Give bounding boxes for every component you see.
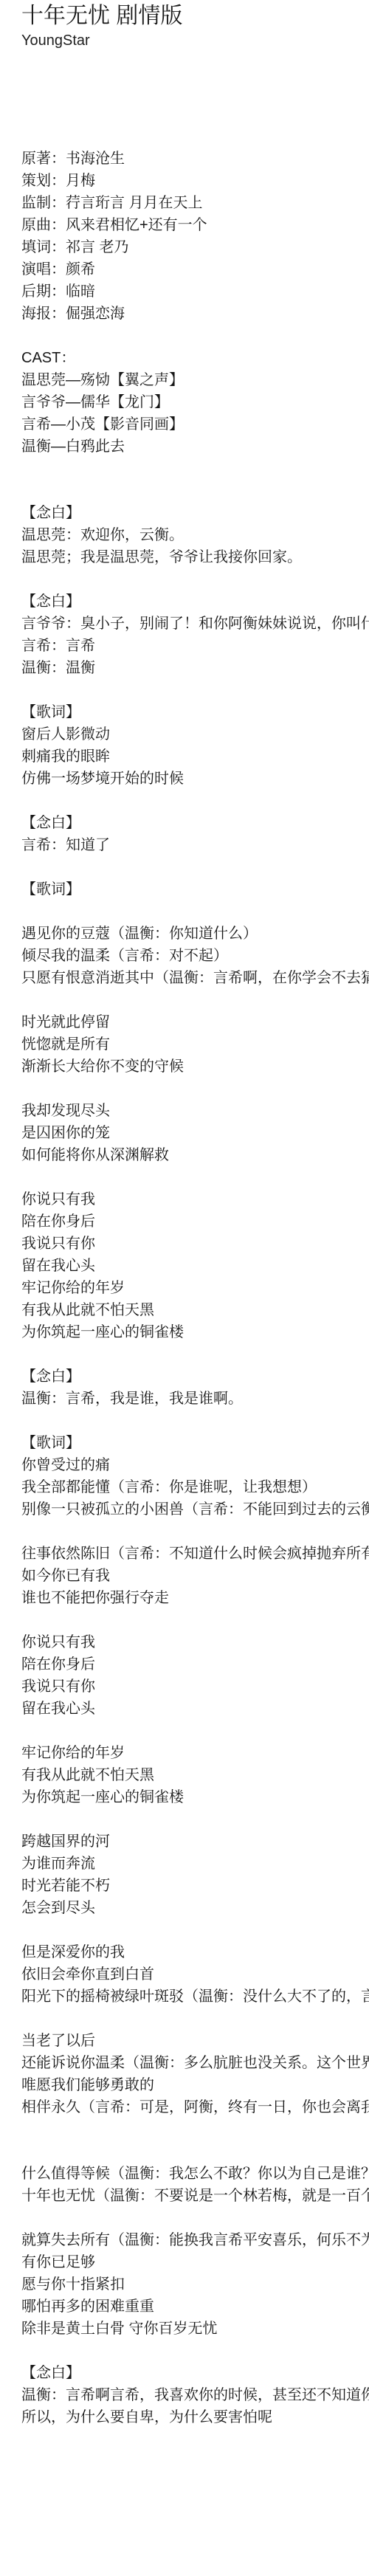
lyric-line: 监制：荇言珩言 月月在天上: [21, 192, 369, 214]
blank-line: [21, 989, 369, 1011]
blank-line: [21, 568, 369, 590]
blank-line: [21, 480, 369, 502]
lyric-line: 有我从此就不怕天黑: [21, 1764, 369, 1786]
lyric-line: 时光就此停留: [21, 1011, 369, 1033]
lyric-line: 我全部都能懂（言希：你是谁呢，让我想想）: [21, 1476, 369, 1498]
title-gap: [21, 50, 369, 148]
blank-line: [21, 900, 369, 923]
lyric-line: 温衡：温衡: [21, 657, 369, 679]
lyric-line: 唯愿我们能够勇敢的: [21, 2074, 369, 2096]
section-label: 【念白】: [21, 590, 369, 613]
artist-name: YoungStar: [21, 31, 369, 50]
lyric-line: 温衡：言希，我是谁，我是谁啊。: [21, 1388, 369, 1410]
blank-line: [21, 1166, 369, 1188]
page-content: 十年无忧 剧情版 YoungStar 原著：书海沧生策划：月梅监制：荇言珩言 月…: [0, 0, 369, 2428]
section-label: 【念白】: [21, 2362, 369, 2384]
lyric-line: 所以，为什么要自卑，为什么要害怕呢: [21, 2406, 369, 2428]
lyric-line: 当老了以后: [21, 2030, 369, 2052]
blank-line: [21, 790, 369, 812]
section-label: 【歌词】: [21, 701, 369, 723]
section-label: 【歌词】: [21, 878, 369, 900]
lyric-line: 牢记你给的年岁: [21, 1277, 369, 1299]
lyric-line: 只愿有恨意消逝其中（温衡：言希啊，在你学会不去猜: [21, 967, 369, 989]
section-label: 【念白】: [21, 812, 369, 834]
lyric-line: 温思莞；我是温思莞，爷爷让我接你回家。: [21, 546, 369, 568]
lyric-line: 依旧会牵你直到白首: [21, 1963, 369, 1986]
lyric-line: 为谁而奔流: [21, 1853, 369, 1875]
lyric-line: 如今你已有我: [21, 1565, 369, 1587]
lyric-line: 海报：倔强恋海: [21, 303, 369, 325]
lyrics-body: 原著：书海沧生策划：月梅监制：荇言珩言 月月在天上原曲：风来君相忆+还有一个填词…: [21, 148, 369, 2428]
lyric-line: 如何能将你从深渊解救: [21, 1144, 369, 1166]
lyric-line: 是囚困你的笼: [21, 1122, 369, 1144]
lyric-line: 牢记你给的年岁: [21, 1742, 369, 1764]
section-label: 【念白】: [21, 502, 369, 524]
lyric-line: 但是深爱你的我: [21, 1941, 369, 1963]
lyric-line: 为你筑起一座心的铜雀楼: [21, 1321, 369, 1343]
blank-line: [21, 1078, 369, 1100]
blank-line: [21, 2141, 369, 2163]
lyric-line: 温衡：言希啊言希，我喜欢你的时候，甚至还不知道你: [21, 2384, 369, 2406]
blank-line: [21, 1609, 369, 1631]
lyric-line: 我却发现尽头: [21, 1100, 369, 1122]
blank-line: [21, 2340, 369, 2362]
lyric-line: 言爷爷：臭小子，别闹了！和你阿衡妹妹说说，你叫什: [21, 613, 369, 635]
blank-line: [21, 2118, 369, 2141]
lyric-line: 温思莞：欢迎你，云衡。: [21, 524, 369, 546]
lyric-line: 后期：临暗: [21, 280, 369, 303]
lyric-line: 仿佛一场梦境开始的时候: [21, 768, 369, 790]
lyric-line: 相伴永久（言希：可是，阿衡，终有一日，你也会离我: [21, 2096, 369, 2118]
section-label: 【歌词】: [21, 1432, 369, 1454]
lyric-line: 言爷爷—儒华【龙门】: [21, 391, 369, 413]
lyric-line: 原著：书海沧生: [21, 148, 369, 170]
blank-line: [21, 856, 369, 878]
lyric-line: 言希：知道了: [21, 834, 369, 856]
lyric-line: 演唱：颜希: [21, 258, 369, 280]
song-title: 十年无忧 剧情版: [21, 1, 369, 31]
lyric-line: 刺痛我的眼眸: [21, 745, 369, 768]
lyric-line: 就算失去所有（温衡：能换我言希平安喜乐，何乐不为: [21, 2229, 369, 2251]
lyric-line: 我说只有你: [21, 1233, 369, 1255]
blank-line: [21, 1521, 369, 1543]
lyric-line: 时光若能不朽: [21, 1875, 369, 1897]
lyric-line: 有你已足够: [21, 2251, 369, 2273]
lyric-line: 言希：言希: [21, 635, 369, 657]
blank-line: [21, 1808, 369, 1831]
blank-line: [21, 1410, 369, 1432]
lyric-line: 倾尽我的温柔（言希：对不起）: [21, 945, 369, 967]
lyric-line: 陪在你身后: [21, 1210, 369, 1233]
lyric-line: 谁也不能把你强行夺走: [21, 1587, 369, 1609]
lyric-line: 陪在你身后: [21, 1653, 369, 1676]
lyrics-page: 十年无忧 剧情版 YoungStar 原著：书海沧生策划：月梅监制：荇言珩言 月…: [0, 0, 369, 2576]
lyric-line: 除非是黄土白骨 守你百岁无忧: [21, 2318, 369, 2340]
lyric-line: 填词：祁言 老乃: [21, 236, 369, 258]
lyric-line: 我说只有你: [21, 1676, 369, 1698]
lyric-line: 别像一只被孤立的小困兽（言希：不能回到过去的云衡: [21, 1498, 369, 1521]
blank-line: [21, 2207, 369, 2229]
lyric-line: 十年也无忧（温衡：不要说是一个林若梅，就是一百个: [21, 2185, 369, 2207]
lyric-line: 你曾受过的痛: [21, 1454, 369, 1476]
blank-line: [21, 458, 369, 480]
blank-line: [21, 2008, 369, 2030]
lyric-line: 你说只有我: [21, 1188, 369, 1210]
lyric-line: 你说只有我: [21, 1631, 369, 1653]
lyric-line: 温衡—白鸦此去: [21, 435, 369, 458]
lyric-line: CAST：: [21, 347, 369, 369]
blank-line: [21, 1720, 369, 1742]
lyric-line: 怎会到尽头: [21, 1897, 369, 1919]
lyric-line: 言希—小茂【影音同画】: [21, 413, 369, 435]
lyric-line: 温思莞—殇恸【翼之声】: [21, 369, 369, 391]
lyric-line: 原曲：风来君相忆+还有一个: [21, 214, 369, 236]
blank-line: [21, 1343, 369, 1366]
lyric-line: 跨越国界的河: [21, 1831, 369, 1853]
lyric-line: 策划：月梅: [21, 170, 369, 192]
lyric-line: 遇见你的豆蔻（温衡：你知道什么）: [21, 923, 369, 945]
lyric-line: 留在我心头: [21, 1698, 369, 1720]
blank-line: [21, 325, 369, 347]
lyric-line: 还能诉说你温柔（温衡：多么肮脏也没关系。这个世界: [21, 2052, 369, 2074]
lyric-line: 什么值得等候（温衡：我怎么不敢？你以为自己是谁？: [21, 2163, 369, 2185]
lyric-line: 愿与你十指紧扣: [21, 2273, 369, 2296]
blank-line: [21, 1919, 369, 1941]
lyric-line: 渐渐长大给你不变的守候: [21, 1055, 369, 1078]
lyric-line: 为你筑起一座心的铜雀楼: [21, 1786, 369, 1808]
lyric-line: 窗后人影微动: [21, 723, 369, 745]
lyric-line: 留在我心头: [21, 1255, 369, 1277]
lyric-line: 有我从此就不怕天黑: [21, 1299, 369, 1321]
lyric-line: 阳光下的摇椅被绿叶斑驳（温衡：没什么大不了的，言: [21, 1986, 369, 2008]
lyric-line: 往事依然陈旧（言希：不知道什么时候会疯掉抛弃所有: [21, 1543, 369, 1565]
blank-line: [21, 679, 369, 701]
lyric-line: 恍惚就是所有: [21, 1033, 369, 1055]
lyric-line: 哪怕再多的困难重重: [21, 2296, 369, 2318]
section-label: 【念白】: [21, 1366, 369, 1388]
